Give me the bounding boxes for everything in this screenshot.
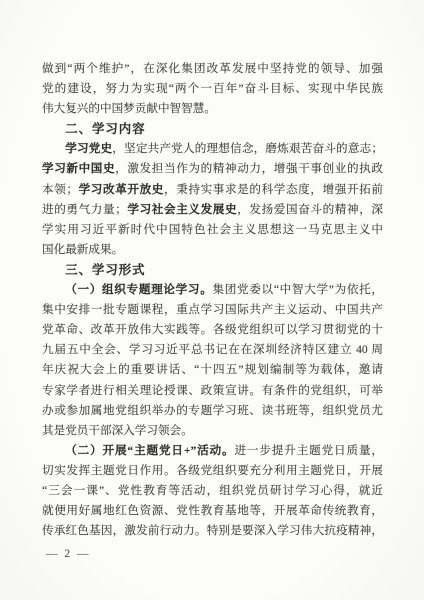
text-run: 学习改革开放史	[78, 183, 164, 196]
text-run: 本领；	[42, 183, 78, 196]
text-line: 本领；学习改革开放史，秉持实事求是的科学态度，增强开拓前	[42, 180, 383, 200]
section-heading: 三、学习形式	[65, 263, 145, 277]
text-run: 就便用好属地红色资源、党性教育基地等，开展革命传统教育，	[42, 504, 383, 517]
text-run: 集中安排一批专题课程，重点学习国际共产主义运动、中国共产	[42, 303, 383, 316]
text-run: ，坚定共产党人的理想信念，磨炼艰苦奋斗的意志；	[112, 142, 383, 155]
text-run: 集团党委以“中智大学”为依托，	[212, 283, 383, 296]
text-line: 党革命、改革开放伟大实践等。各级党组织可以学习贯彻党的十	[42, 320, 383, 340]
text-line: （二）开展“主题党日+”活动。进一步提升主题党日质量，	[42, 441, 383, 461]
text-run: 进的勇气力量；	[42, 203, 127, 216]
text-line: 学实用习近平新时代中国特色社会主义思想这一马克思主义中	[42, 220, 383, 240]
text-run: 进一步提升主题党日质量，	[234, 444, 383, 457]
text-line: 二、学习内容	[42, 119, 383, 139]
text-run: 切实发挥主题党日作用。各级党组织要充分利用主题党日，开展	[42, 464, 383, 477]
document-body: 做到“两个维护”，在深化集团改革发展中坚持党的领导、加强党的建设，努力为实现“两…	[42, 59, 383, 541]
text-line: “三会一课”、党性教育等活动，组织党员研讨学习心得，就近	[42, 481, 383, 501]
text-line: 党的建设，努力为实现“两个一百年”奋斗目标、实现中华民族	[42, 79, 383, 99]
text-run: ，发扬爱国奋斗的精神，深	[237, 203, 383, 216]
text-run: 党革命、改革开放伟大实践等。各级党组织可以学习贯彻党的十	[42, 323, 383, 336]
text-line: 年庆祝大会上的重要讲话、“十四五”规划编制等为载体，邀请	[42, 360, 383, 380]
text-run: 做到“两个维护”，在深化集团改革发展中坚持党的领导、加强	[42, 62, 383, 75]
text-line: 进的勇气力量；学习社会主义发展史，发扬爱国奋斗的精神，深	[42, 200, 383, 220]
scanned-document-page: 做到“两个维护”，在深化集团改革发展中坚持党的领导、加强党的建设，努力为实现“两…	[0, 0, 424, 600]
text-run: “三会一课”、党性教育等活动，组织党员研讨学习心得，就近	[42, 484, 383, 497]
text-run: （一）组织专题理论学习。	[65, 283, 212, 296]
text-line: 专家学者进行相关理论授课、政策宣讲。有条件的党组织，可举	[42, 381, 383, 401]
text-line: 国化最新成果。	[42, 240, 383, 260]
text-run: 年庆祝大会上的重要讲话、“十四五”规划编制等为载体，邀请	[42, 363, 383, 376]
text-run: 党的建设，努力为实现“两个一百年”奋斗目标、实现中华民族	[42, 82, 383, 95]
text-run: 伟大复兴的中国梦贡献中智智慧。	[42, 102, 216, 115]
text-line: （一）组织专题理论学习。集团党委以“中智大学”为依托，	[42, 280, 383, 300]
text-line: 办或参加属地党组织举办的专题学习班、读书班等，组织党员尤	[42, 401, 383, 421]
text-run: ，激发担当作为的精神动力，增强干事创业的执政	[115, 162, 383, 175]
text-run: 学习新中国史	[42, 162, 115, 175]
text-run: 传承红色基因，激发前行动力。特别是要深入学习伟大抗疫精神，	[42, 524, 383, 537]
text-line: 传承红色基因，激发前行动力。特别是要深入学习伟大抗疫精神，	[42, 521, 383, 541]
text-run: 国化最新成果。	[42, 243, 123, 256]
text-line: 就便用好属地红色资源、党性教育基地等，开展革命传统教育，	[42, 501, 383, 521]
text-line: 伟大复兴的中国梦贡献中智智慧。	[42, 99, 383, 119]
text-run: 学实用习近平新时代中国特色社会主义思想这一马克思主义中	[42, 223, 383, 236]
text-line: 九届五中全会、学习习近平总书记在在深圳经济特区建立 40 周	[42, 340, 383, 360]
text-run: 学习社会主义发展史	[127, 203, 237, 216]
page-number: — 2 —	[46, 546, 91, 562]
text-line: 三、学习形式	[42, 260, 383, 280]
text-line: 其是党员干部深入学习领会。	[42, 421, 383, 441]
text-run: ，秉持实事求是的科学态度，增强开拓前	[164, 183, 383, 196]
text-line: 切实发挥主题党日作用。各级党组织要充分利用主题党日，开展	[42, 461, 383, 481]
text-run: 其是党员干部深入学习领会。	[42, 424, 193, 437]
text-run: 专家学者进行相关理论授课、政策宣讲。有条件的党组织，可举	[42, 384, 383, 397]
text-line: 集中安排一批专题课程，重点学习国际共产主义运动、中国共产	[42, 300, 383, 320]
text-line: 学习新中国史，激发担当作为的精神动力，增强干事创业的执政	[42, 159, 383, 179]
section-heading: 二、学习内容	[65, 122, 145, 136]
text-run: 学习党史	[65, 142, 112, 155]
text-run: 办或参加属地党组织举办的专题学习班、读书班等，组织党员尤	[42, 404, 383, 417]
text-run: （二）开展“主题党日+”活动。	[65, 444, 234, 457]
text-line: 学习党史，坚定共产党人的理想信念，磨炼艰苦奋斗的意志；	[42, 139, 383, 159]
text-line: 做到“两个维护”，在深化集团改革发展中坚持党的领导、加强	[42, 59, 383, 79]
text-run: 九届五中全会、学习习近平总书记在在深圳经济特区建立 40 周	[42, 343, 383, 356]
